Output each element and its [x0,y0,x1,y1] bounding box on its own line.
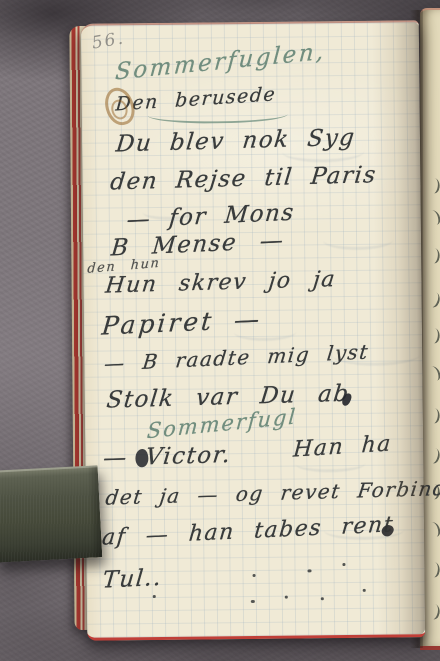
ink-speck [253,574,256,577]
metal-clamp [0,465,102,562]
ink-fragment [425,290,440,309]
ink-fragment [427,209,440,226]
show-through-mark [323,231,393,251]
ink-fragment [426,602,440,620]
ink-fragment [426,247,440,265]
brown-ink-stain [101,84,138,128]
ink-fragment [426,561,440,579]
handwriting-line: det ja — og revet Forbindelse, [104,474,440,509]
handwriting-line: Hun skrev jo ja [104,267,337,299]
ink-fragment [426,407,440,425]
ink-speck [251,600,255,603]
handwriting-line: den Rejse til Paris [109,162,378,196]
handwriting-line: — B raadte mig lyst [103,339,370,375]
ink-fragment [427,365,440,382]
handwriting-line: Han ha [292,431,392,462]
ink-speck [153,595,156,598]
ink-speck [363,589,366,592]
handwriting-line: Stolk var Du ab [105,381,351,414]
ink-fragment [426,327,440,345]
ink-speck [285,596,288,599]
handwriting-line: Tul.. [101,565,163,594]
ink-fragment [427,521,440,537]
ink-speck [308,569,312,572]
page-number: 56. [90,28,126,53]
handwriting-line: af — han tabes rent [101,512,395,550]
underline-arc [148,106,288,124]
notebook-photo: 56. Sommerfuglen, Den berusede Du blev n… [0,0,440,661]
ink-speck [321,597,324,600]
handwriting-line: — Victor. [102,442,233,472]
ink-fragment [426,177,440,195]
notebook-page: 56. Sommerfuglen, Den berusede Du blev n… [81,20,425,641]
ink-speck [342,563,345,566]
handwriting-line: Sommerfuglen, [114,39,326,86]
ink-fragment [425,446,440,465]
